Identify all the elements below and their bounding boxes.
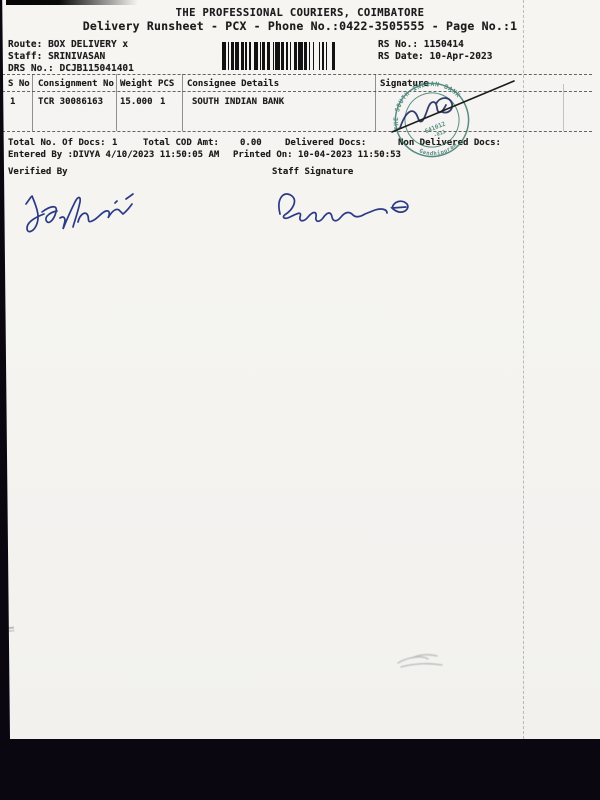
col-header-weight: Weight [120, 79, 153, 89]
table-column-divider [32, 74, 33, 131]
drs-label: DRS No.: [8, 63, 54, 74]
staff-label: Staff: [8, 51, 42, 62]
route-value: BOX DELIVERY x [48, 39, 128, 50]
verified-by-signature-handwriting [18, 186, 148, 241]
table-column-divider [182, 74, 183, 131]
stamp-arc-bottom-text: Gandhipuram [416, 135, 459, 164]
row-pcs: 1 [160, 97, 165, 107]
delivered-docs-label: Delivered Docs: [285, 138, 366, 148]
total-docs-value: 1 [112, 138, 117, 148]
staff-signature-handwriting [270, 184, 418, 229]
scan-smudge [392, 648, 452, 674]
scanned-delivery-runsheet: { "page": { "title": "THE PROFESSIONAL C… [0, 0, 600, 800]
barcode-icon [222, 42, 357, 70]
table-column-divider [116, 74, 117, 131]
page-title: THE PROFESSIONAL COURIERS, COIMBATORE [0, 8, 600, 18]
drs-line: DRS No.: DCJB115041401 [8, 63, 134, 74]
svg-text:Gandhipuram: Gandhipuram [416, 135, 459, 164]
rs-no-line: RS No.: 1150414 [378, 39, 464, 50]
row-sno: 1 [10, 97, 15, 107]
scan-top-artifact [6, 0, 138, 5]
paper-fold-line [523, 0, 524, 739]
printed-on-line: Printed On: 10-04-2023 11:50:53 [233, 150, 401, 160]
staff-signature-label: Staff Signature [272, 167, 353, 177]
rs-date-label: RS Date: [378, 51, 424, 62]
row-consignment: TCR 30086163 [38, 97, 103, 107]
rs-date-line: RS Date: 10-Apr-2023 [378, 51, 492, 62]
staff-line: Staff: SRINIVASAN [8, 51, 105, 62]
total-cod-label: Total COD Amt: [143, 138, 219, 148]
total-cod-value: 0.00 [240, 138, 262, 148]
col-header-sno: S No [8, 79, 30, 89]
paper-sheet: THE PROFESSIONAL COURIERS, COIMBATORE De… [0, 0, 600, 739]
page-subtitle: Delivery Runsheet - PCX - Phone No.:0422… [0, 21, 600, 31]
route-line: Route: BOX DELIVERY x [8, 39, 128, 50]
entered-by-line: Entered By :DIVYA 4/10/2023 11:50:05 AM [8, 150, 219, 160]
col-header-consignment: Consignment No [38, 79, 114, 89]
route-label: Route: [8, 39, 42, 50]
verified-by-label: Verified By [8, 167, 68, 177]
drs-value: DCJB115041401 [60, 63, 134, 74]
col-header-pcs: PCS [158, 79, 174, 89]
table-column-divider [375, 74, 376, 131]
row-weight: 15.000 [120, 97, 153, 107]
total-docs-label: Total No. Of Docs: [8, 138, 106, 148]
rs-date-value: 10-Apr-2023 [430, 51, 493, 62]
col-header-consignee: Consignee Details [187, 79, 279, 89]
staff-value: SRINIVASAN [48, 51, 105, 62]
rs-no-value: 1150414 [424, 39, 464, 50]
table-column-divider [563, 84, 564, 131]
signature-strike-line [386, 74, 518, 138]
rs-no-label: RS No.: [378, 39, 418, 50]
row-consignee: SOUTH INDIAN BANK [192, 97, 284, 107]
